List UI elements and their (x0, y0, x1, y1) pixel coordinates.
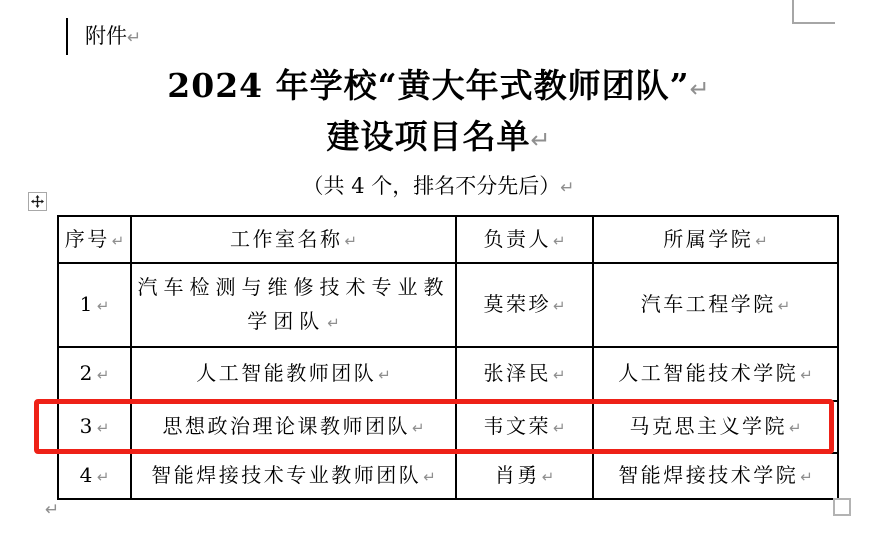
paragraph-mark-icon: ↵ (551, 419, 566, 437)
paragraph-mark-icon: ↵ (95, 468, 110, 486)
cell-workshop-name[interactable]: 智能焊接技术专业教师团队↵ (131, 453, 456, 499)
cell-workshop-name[interactable]: 思想政治理论课教师团队↵ (131, 401, 456, 453)
paragraph-mark-icon: ↵ (127, 28, 141, 48)
title-line-1: 2024 年学校“黄大年式教师团队”↵ (0, 62, 877, 113)
page-margin-corner-mark-vertical (792, 0, 794, 23)
cell-workshop-name[interactable]: 汽车检测与维修技术专业教 学团队↵ (131, 263, 456, 347)
header-workshop-name[interactable]: 工作室名称↵ (131, 216, 456, 263)
paragraph-mark-icon: ↵ (95, 297, 110, 315)
paragraph-mark-icon: ↵ (325, 314, 340, 332)
paragraph-mark-icon: ↵ (787, 419, 802, 437)
cell-text: 汽车工程学院 (641, 292, 776, 316)
cell-text: 马克思主义学院 (629, 414, 787, 438)
cell-text: 人工智能教师团队 (196, 361, 376, 385)
paragraph-mark-icon: ↵ (110, 232, 125, 250)
cell-text: 1 (80, 292, 95, 316)
move-arrows-icon (31, 195, 44, 208)
paragraph-mark-icon: ↵ (776, 297, 791, 315)
cell-text: 张泽民 (483, 361, 551, 385)
teams-table: 序号↵ 工作室名称↵ 负责人↵ 所属学院↵ 1↵ 汽车检测与维修技术专业教 学团… (57, 215, 839, 500)
table-row: 2↵ 人工智能教师团队↵ 张泽民↵ 人工智能技术学院↵ (58, 347, 838, 401)
cell-serial[interactable]: 3↵ (58, 401, 131, 453)
paragraph-mark-icon: ↵ (342, 232, 357, 250)
attachment-label-line: 附件↵ (85, 21, 141, 53)
title-line-2-text[interactable]: 建设项目名单 (326, 117, 530, 156)
page-margin-corner-mark-horizontal (792, 22, 835, 24)
paragraph-mark-icon: ↵ (421, 468, 436, 486)
paragraph-mark-icon: ↵ (551, 232, 566, 250)
cell-leader[interactable]: 张泽民↵ (456, 347, 593, 401)
header-text: 序号 (65, 227, 110, 251)
table-row-highlighted: 3↵ 思想政治理论课教师团队↵ 韦文荣↵ 马克思主义学院↵ (58, 401, 838, 453)
header-text: 负责人 (483, 227, 551, 251)
title-line-1-text[interactable]: 2024 年学校“黄大年式教师团队” (167, 66, 689, 105)
cell-workshop-name[interactable]: 人工智能教师团队↵ (131, 347, 456, 401)
document-title: 2024 年学校“黄大年式教师团队”↵ 建设项目名单↵ (0, 62, 877, 164)
subtitle-text[interactable]: （共 4 个，排名不分先后） (303, 174, 561, 198)
cell-text: 智能焊接技术专业教师团队 (151, 463, 421, 487)
paragraph-mark-icon: ↵ (530, 126, 550, 154)
paragraph-mark-icon: ↵ (551, 297, 566, 315)
paragraph-mark-icon: ↵ (798, 366, 813, 384)
cell-text: 汽车检测与维修技术专业教 学团队 (138, 275, 450, 333)
table-move-handle[interactable] (28, 192, 47, 211)
header-leader[interactable]: 负责人↵ (456, 216, 593, 263)
title-line-2: 建设项目名单↵ (0, 113, 877, 164)
cell-text: 2 (80, 361, 95, 385)
paragraph-mark-icon: ↵ (95, 419, 110, 437)
document-subtitle: （共 4 个，排名不分先后）↵ (0, 170, 877, 204)
paragraph-mark-icon: ↵ (376, 366, 391, 384)
cell-leader[interactable]: 肖勇↵ (456, 453, 593, 499)
cell-serial[interactable]: 4↵ (58, 453, 131, 499)
cell-leader[interactable]: 莫荣珍↵ (456, 263, 593, 347)
cell-leader[interactable]: 韦文荣↵ (456, 401, 593, 453)
cell-serial[interactable]: 1↵ (58, 263, 131, 347)
cell-text: 智能焊接技术学院 (618, 463, 798, 487)
document-page: 附件↵ 2024 年学校“黄大年式教师团队”↵ 建设项目名单↵ （共 4 个，排… (0, 0, 877, 542)
paragraph-mark-icon: ↵ (560, 178, 574, 198)
paragraph-mark-icon: ↵ (540, 468, 555, 486)
cell-college[interactable]: 汽车工程学院↵ (593, 263, 838, 347)
header-text: 工作室名称 (230, 227, 343, 251)
cell-text: 4 (80, 463, 95, 487)
paragraph-mark-icon: ↵ (690, 75, 710, 103)
cell-serial[interactable]: 2↵ (58, 347, 131, 401)
header-text: 所属学院 (663, 227, 753, 251)
text-cursor-caret (66, 18, 68, 55)
cell-college[interactable]: 马克思主义学院↵ (593, 401, 838, 453)
cell-text: 肖勇 (495, 463, 540, 487)
cell-college[interactable]: 智能焊接技术学院↵ (593, 453, 838, 499)
cell-text: 思想政治理论课教师团队 (162, 414, 410, 438)
table-row: 1↵ 汽车检测与维修技术专业教 学团队↵ 莫荣珍↵ 汽车工程学院↵ (58, 263, 838, 347)
header-serial[interactable]: 序号↵ (58, 216, 131, 263)
cell-text: 人工智能技术学院 (618, 361, 798, 385)
paragraph-mark-icon: ↵ (95, 366, 110, 384)
header-college[interactable]: 所属学院↵ (593, 216, 838, 263)
table-resize-handle[interactable] (833, 498, 851, 516)
paragraph-mark-icon: ↵ (551, 366, 566, 384)
paragraph-mark-icon: ↵ (45, 500, 59, 520)
paragraph-mark-icon: ↵ (798, 468, 813, 486)
paragraph-mark-icon: ↵ (410, 419, 425, 437)
cell-college[interactable]: 人工智能技术学院↵ (593, 347, 838, 401)
cell-text: 莫荣珍 (483, 292, 551, 316)
table-header-row: 序号↵ 工作室名称↵ 负责人↵ 所属学院↵ (58, 216, 838, 263)
attachment-label[interactable]: 附件 (85, 24, 127, 48)
paragraph-mark-icon: ↵ (753, 232, 768, 250)
cell-text: 3 (80, 414, 95, 438)
table-row: 4↵ 智能焊接技术专业教师团队↵ 肖勇↵ 智能焊接技术学院↵ (58, 453, 838, 499)
cell-text: 韦文荣 (483, 414, 551, 438)
